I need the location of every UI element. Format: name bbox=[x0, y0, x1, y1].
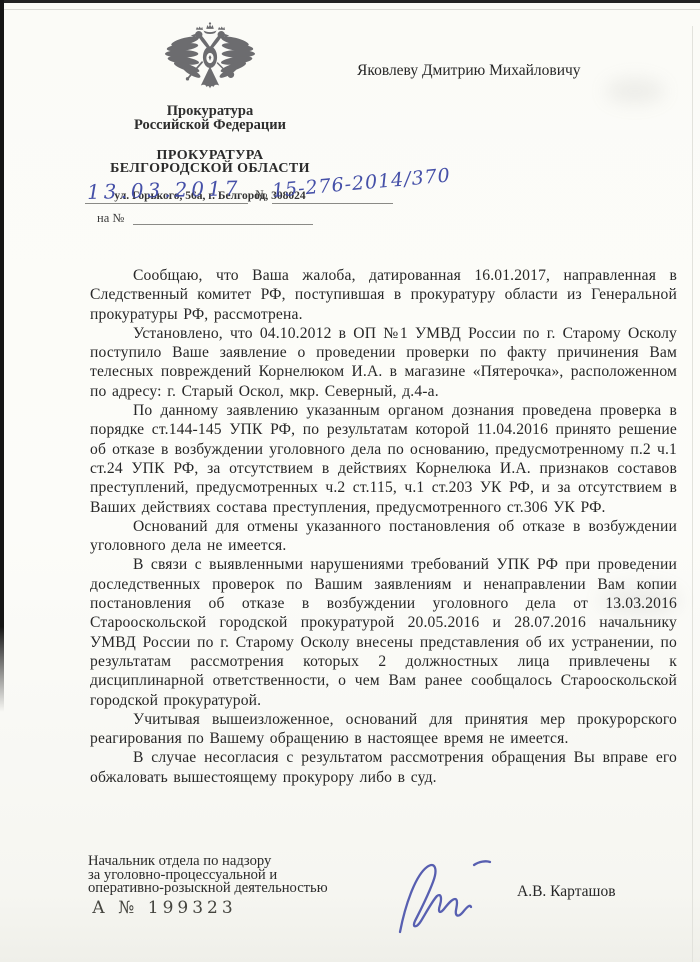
body-paragraph: Установлено, что 04.10.2012 в ОП №1 УМВД… bbox=[90, 324, 677, 401]
signer-position: Начальник отдела по надзору за уголовно-… bbox=[88, 855, 328, 896]
scan-edge-right bbox=[692, 26, 693, 962]
form-number: А № 199323 bbox=[92, 898, 237, 918]
scan-smudge bbox=[605, 78, 665, 104]
number-sign: № bbox=[255, 187, 267, 203]
signature-scribble bbox=[386, 848, 498, 940]
addressee: Яковлеву Дмитрию Михайловичу bbox=[357, 62, 581, 80]
scan-edge-top bbox=[0, 0, 700, 3]
org-parent-line2: Российской Федерации bbox=[55, 119, 365, 133]
org-name-line2: БЕЛГОРОДСКОЙ ОБЛАСТИ bbox=[55, 162, 365, 175]
outgoing-date-handwritten: 13.03.2017 bbox=[87, 176, 242, 204]
scan-edge-left bbox=[0, 0, 4, 712]
date-underline bbox=[85, 203, 248, 204]
body-paragraph: Учитывая вышеизложенное, оснований для п… bbox=[90, 710, 677, 749]
body-paragraph: В случае несогласия с результатом рассмо… bbox=[90, 748, 677, 787]
body-paragraph: Оснований для отмены указанного постанов… bbox=[90, 517, 677, 556]
signer-name: А.В. Карташов bbox=[517, 883, 616, 901]
coat-of-arms-icon bbox=[160, 20, 260, 96]
signer-position-line3: оперативно-розыскной деятельностью bbox=[88, 882, 328, 896]
in-reply-row: на № bbox=[97, 211, 397, 229]
in-reply-label: на № bbox=[97, 211, 124, 226]
letter-page: Прокуратура Российской Федерации ПРОКУРА… bbox=[0, 0, 700, 962]
number-underline bbox=[272, 203, 393, 204]
body-paragraph: В связи с выявленными нарушениями требов… bbox=[90, 555, 677, 709]
in-reply-underline bbox=[133, 224, 313, 225]
body-paragraph: Сообщаю, что Ваша жалоба, датированная 1… bbox=[90, 266, 677, 324]
letterhead: Прокуратура Российской Федерации ПРОКУРА… bbox=[55, 20, 365, 202]
scan-edge-top-faint bbox=[0, 9, 700, 10]
letter-body: Сообщаю, что Ваша жалоба, датированная 1… bbox=[90, 266, 677, 787]
body-paragraph: По данному заявлению указанным органом д… bbox=[90, 401, 677, 517]
